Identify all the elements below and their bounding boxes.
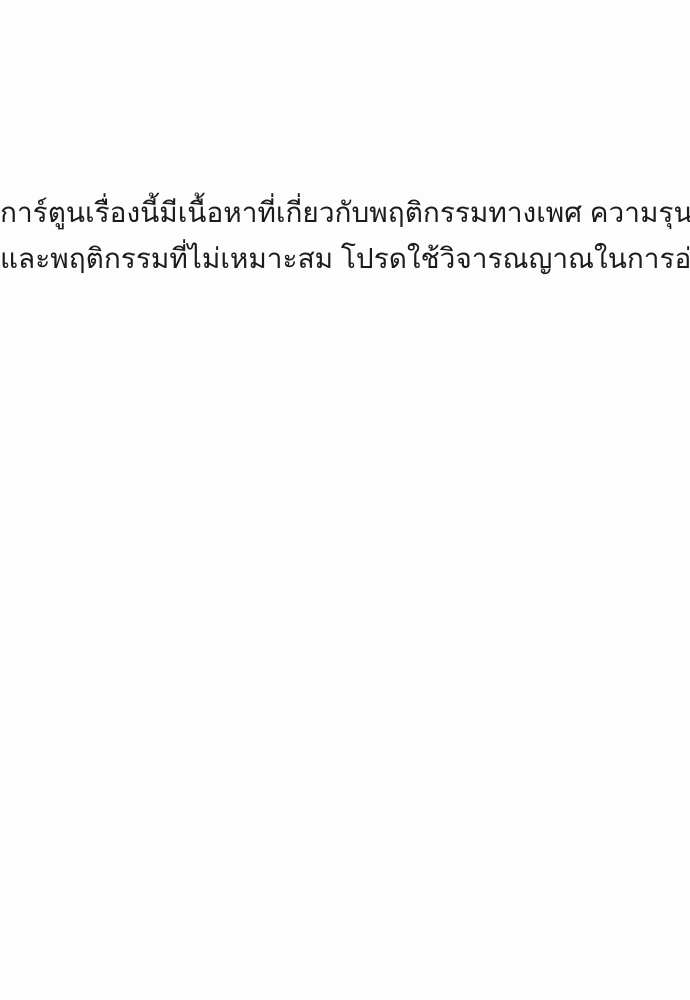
content-warning-line-1: การ์ตูนเรื่องนี้มีเนื้อหาที่เกี่ยวกับพฤต… [0, 190, 690, 236]
content-warning-line-2: และพฤติกรรมที่ไม่เหมาะสม โปรดใช้วิจารณญา… [0, 236, 690, 282]
content-warning: การ์ตูนเรื่องนี้มีเนื้อหาที่เกี่ยวกับพฤต… [0, 190, 690, 282]
comic-page: การ์ตูนเรื่องนี้มีเนื้อหาที่เกี่ยวกับพฤต… [0, 0, 690, 1000]
